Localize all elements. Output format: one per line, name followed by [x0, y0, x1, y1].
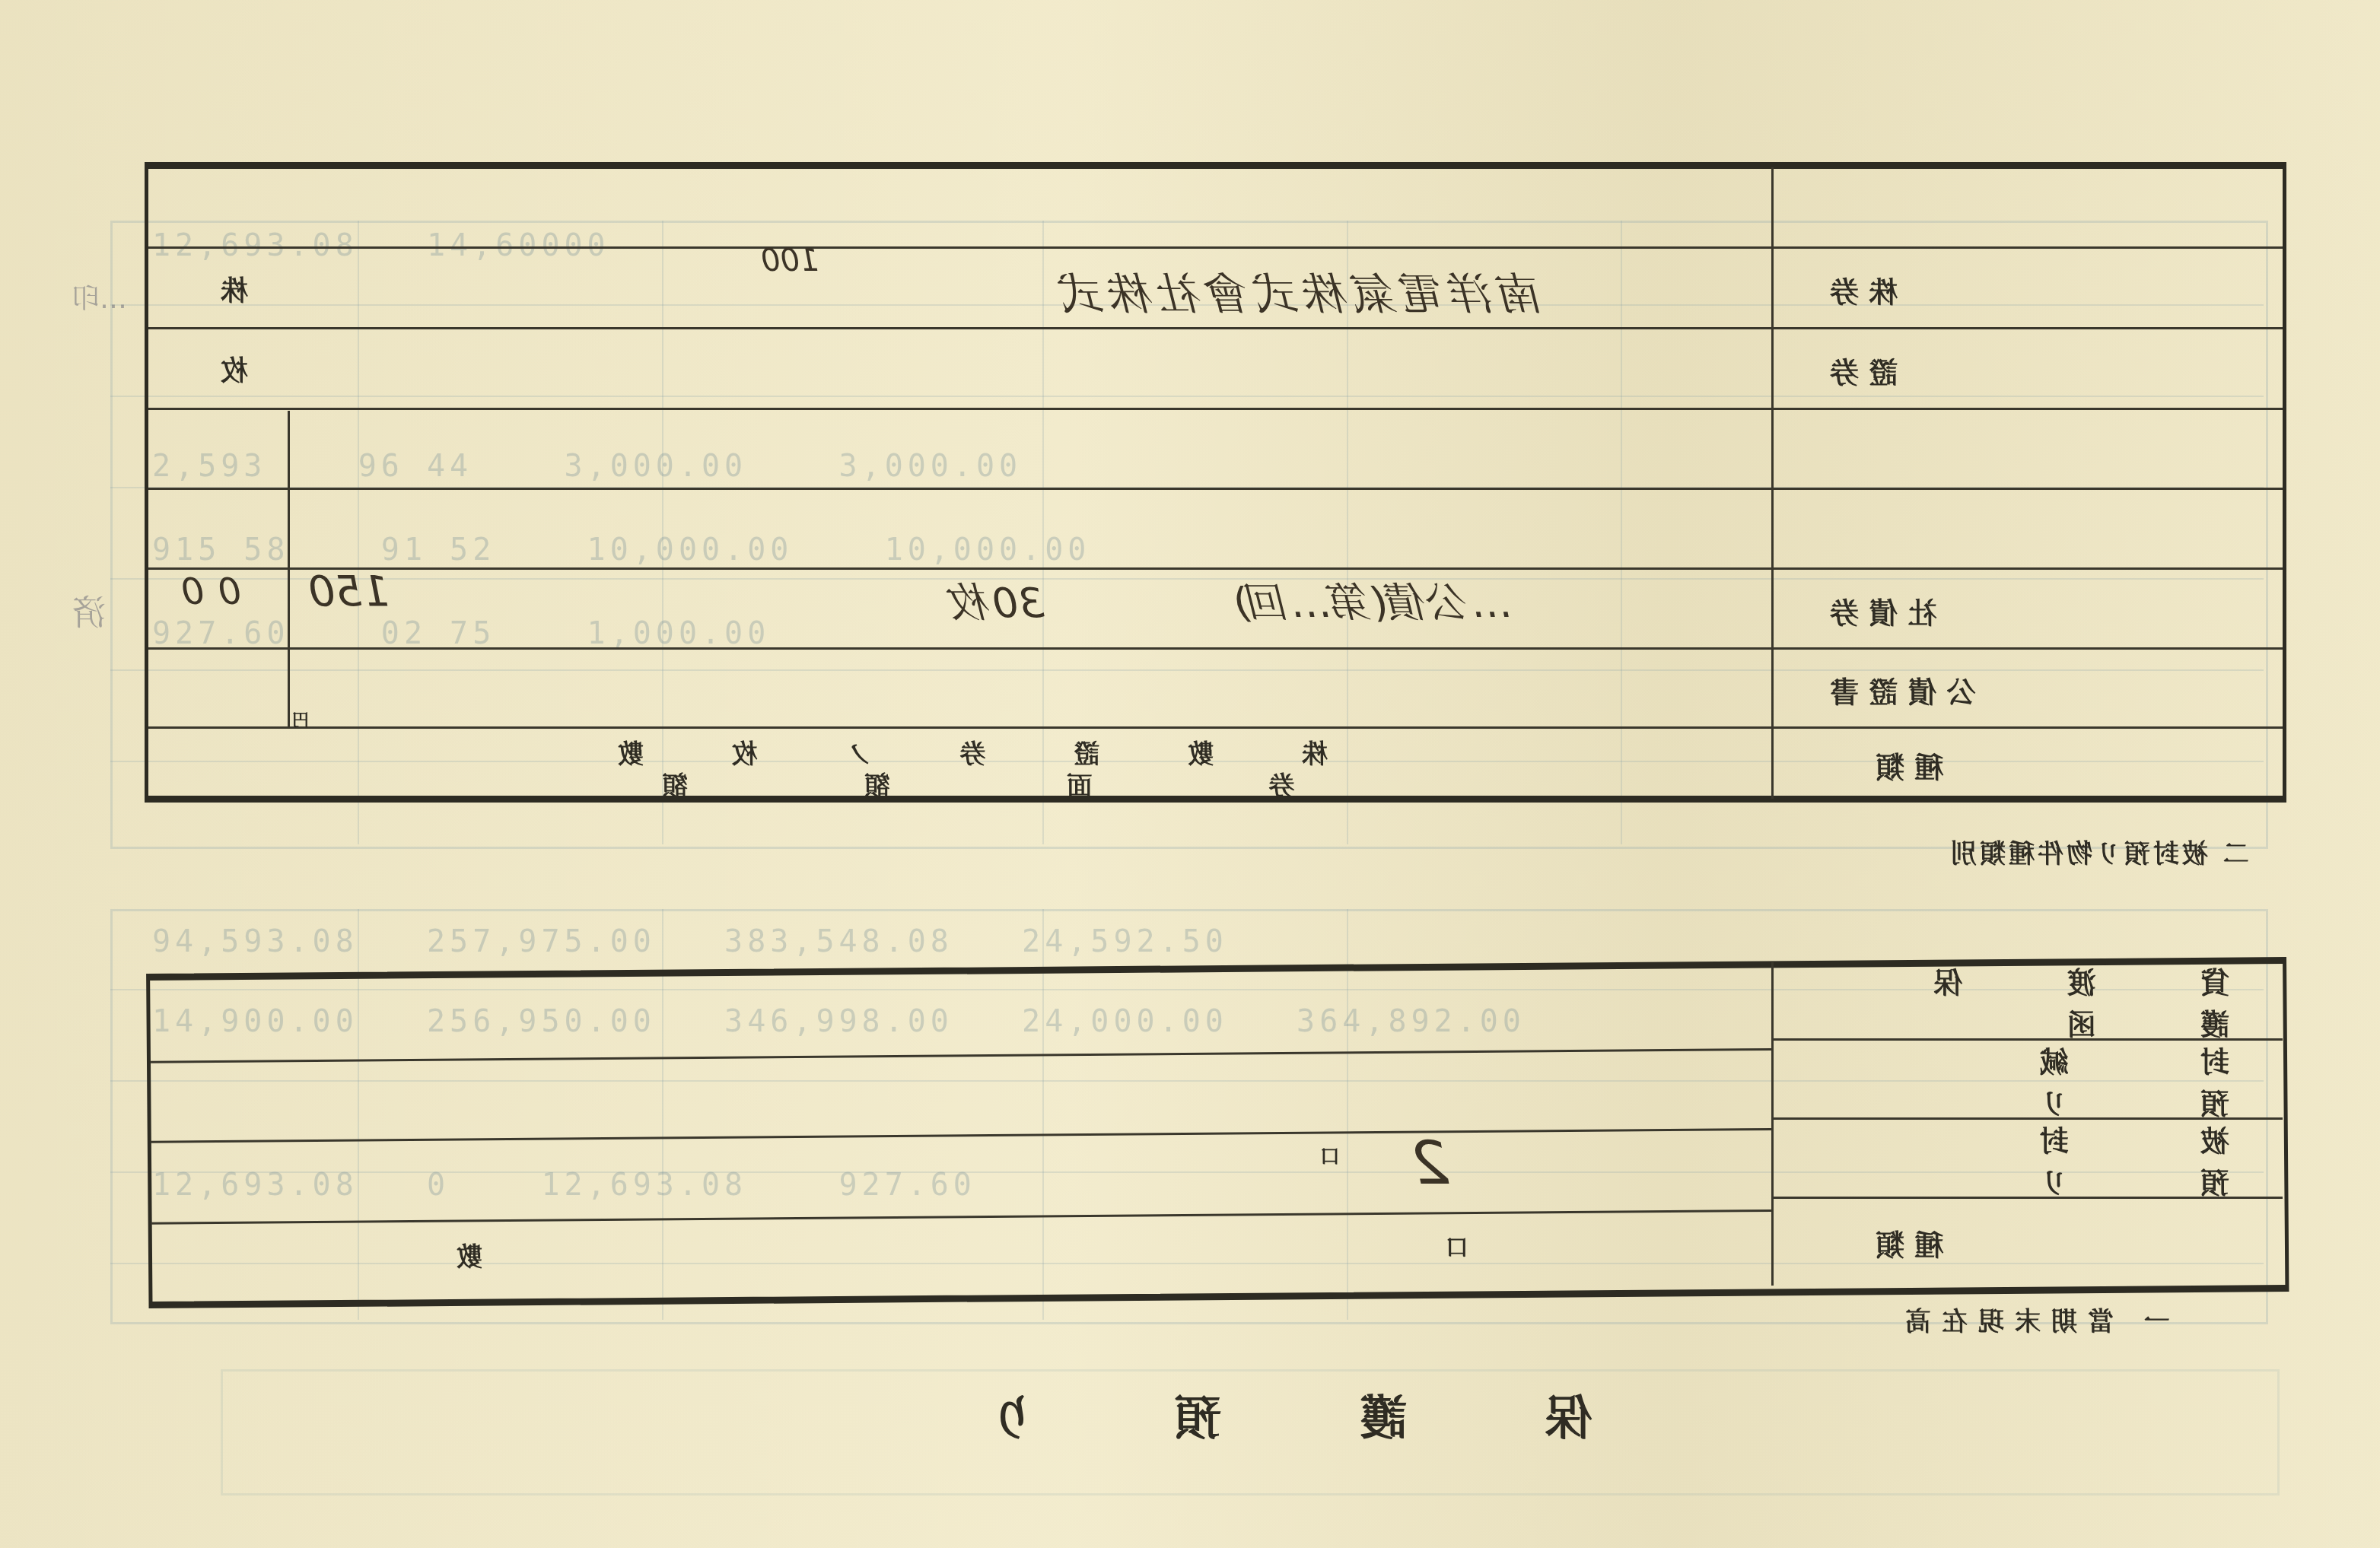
- unit-kou-footer: 口: [1446, 1229, 1468, 1262]
- handwritten-bond-count: 30枚: [951, 571, 1045, 629]
- handwritten-count: 2: [1411, 1130, 1449, 1198]
- label-text: 社 債 券: [1830, 590, 1936, 631]
- yen-marker: 円: [292, 707, 309, 731]
- upper-section-label: 二 被封預リ物件種類別: [1948, 833, 2249, 870]
- upper-row-label-public-bond: 公 債 證 書: [1777, 652, 2283, 726]
- handwritten-bond-name: …公債(第…回): [1233, 571, 1511, 629]
- label-text: 貸 渡 保 護 函: [1830, 959, 2229, 1043]
- unit-count: 數: [457, 1236, 482, 1273]
- unit-kou: 口: [1320, 1141, 1340, 1169]
- upper-row-line: [148, 567, 2283, 570]
- label-text: 公 債 證 書: [1830, 669, 1976, 710]
- lower-header-type: 種 類: [1777, 1200, 2283, 1284]
- footer-bottom-text: 券 面 額 額: [578, 765, 1295, 803]
- label-text: 被 封 預 リ: [1830, 1117, 2229, 1201]
- upper-row-line: [148, 246, 2283, 249]
- lower-section-label: 一 當期末現在高: [1895, 1301, 2170, 1338]
- lower-header-divider: [1771, 962, 1774, 1286]
- upper-row-label-securities: 證 券: [1777, 332, 2283, 408]
- upper-row-label-stock: 株 券: [1777, 251, 2283, 327]
- handwritten-company-stock: 南洋電氣株式會社株式: [1058, 259, 1545, 323]
- lower-row-label-sealed-deposit: 封 緘 預 リ: [1777, 1042, 2283, 1117]
- upper-header-type: 種 類: [1777, 731, 2283, 798]
- label-text: 封 緘 預 リ: [1830, 1038, 2229, 1122]
- upper-footer-labels: 株 數 證 券 ノ 枚 數 券 面 額 額: [457, 732, 1750, 799]
- upper-row-line: [148, 488, 2283, 490]
- unit-shares: 株: [221, 270, 248, 309]
- unit-sheets: 枚: [221, 350, 248, 389]
- handwritten-bond-sen: 00: [167, 571, 241, 613]
- label-text: 種 類: [1876, 744, 1943, 786]
- lower-row-label-open-deposit: 被 封 預 リ: [1777, 1121, 2283, 1197]
- label-text: 種 類: [1876, 1222, 1943, 1264]
- label-text: 證 券: [1830, 349, 1898, 391]
- handwritten-bond-amount: 150: [308, 567, 390, 616]
- label-text: 株 券: [1830, 269, 1898, 310]
- upper-row-label-corporate-bond: 社 債 券: [1777, 572, 2283, 648]
- upper-row-line: [148, 726, 2283, 729]
- page-title: 保 護 預 り: [928, 1381, 1592, 1448]
- upper-row-line: [148, 327, 2283, 329]
- lower-row-label-safe-deposit-box: 貸 渡 保 護 函: [1777, 963, 2283, 1038]
- margin-note-mid: 済: [72, 586, 106, 634]
- margin-note-top: …印: [72, 278, 127, 316]
- handwritten-company-qty: 100: [761, 243, 819, 278]
- upper-row-line: [148, 408, 2283, 410]
- upper-header-divider: [1771, 167, 1774, 799]
